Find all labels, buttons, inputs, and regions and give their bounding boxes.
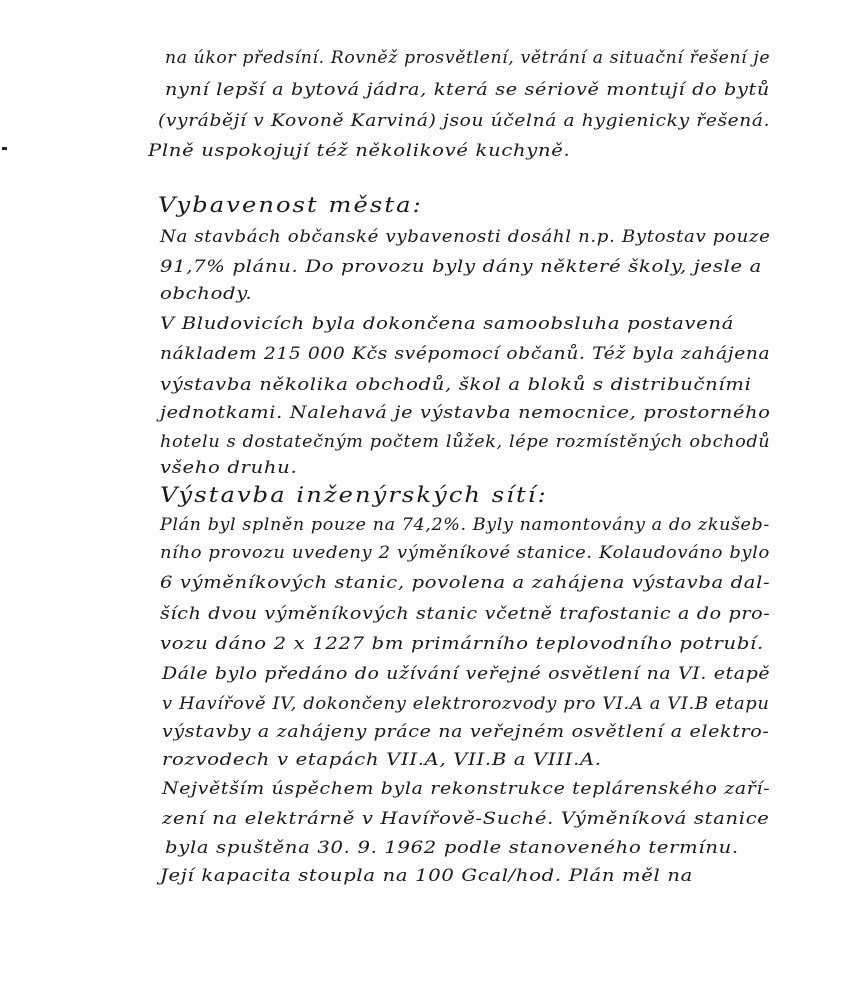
text-line: Plně uspokojují též několikové kuchyně. [148,141,570,161]
text-line: Dále bylo předáno do užívání veřejné osv… [162,664,770,684]
text-line: nákladem 215 000 Kčs svépomocí občanů. T… [160,344,770,364]
text-line: Její kapacita stoupla na 100 Gcal/hod. P… [160,866,693,886]
text-line: zení na elektrárně v Havířově-Suché. Vým… [162,809,770,829]
section-heading: Výstavba inženýrských sítí: [160,483,548,507]
text-line: (vyrábějí v Kovoně Karviná) jsou účelná … [158,111,770,131]
text-line: hotelu s dostatečným počtem lůžek, lépe … [160,432,770,452]
text-line: 91,7% plánu. Do provozu byly dány někter… [160,257,762,277]
text-line: výstavba několika obchodů, škol a bloků … [160,375,752,395]
text-line: ního provozu uvedeny 2 výměníkové stanic… [160,543,770,563]
section-heading: Vybavenost města: [158,193,423,217]
text-line: ších dvou výměníkových stanic včetně tra… [160,604,770,624]
text-line: všeho druhu. [160,458,297,478]
text-line: jednotkami. Nalehavá je výstavba nemocni… [160,403,771,423]
text-line: Největším úspěchem byla rekonstrukce tep… [162,779,770,799]
scanned-page: na úkor předsíní. Rovněž prosvětlení, vě… [0,0,850,1008]
text-line: výstavby a zahájeny práce na veřejném os… [162,722,769,742]
text-line: Na stavbách občanské vybavenosti dosáhl … [160,227,770,247]
text-line: v Havířově IV, dokončeny elektrorozvody … [162,694,770,714]
text-line: nyní lepší a bytová jádra, která se séri… [165,80,770,100]
text-line: V Bludovicích byla dokončena samoobsluha… [160,314,734,334]
text-line: vozu dáno 2 x 1227 bm primárního teplovo… [160,634,764,654]
scan-edge-mark [2,147,7,150]
text-line: byla spuštěna 30. 9. 1962 podle stanoven… [165,838,739,858]
text-line: obchody. [160,284,252,304]
text-line: Plán byl splněn pouze na 74,2%. Byly nam… [160,515,770,535]
text-line: na úkor předsíní. Rovněž prosvětlení, vě… [165,48,770,68]
text-line: rozvodech v etapách VII.A, VII.B a VIII.… [162,750,602,770]
text-line: 6 výměníkových stanic, povolena a zaháje… [160,573,770,593]
